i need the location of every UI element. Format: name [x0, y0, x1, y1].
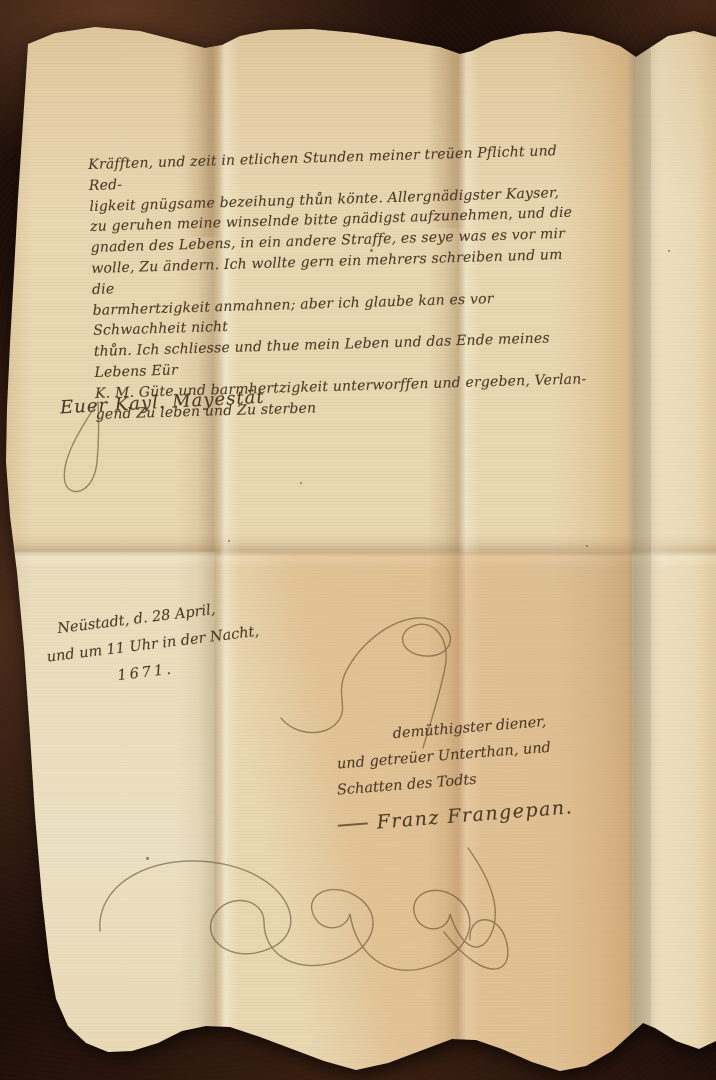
ink-speck	[228, 540, 230, 542]
signature-block: demüthigster diener, und getreüer Untert…	[330, 702, 648, 839]
signature-flourish-stroke	[338, 822, 368, 826]
ink-speck	[146, 857, 149, 860]
photo-of-folded-letter-on-leather: Kräfften, und zeit in etlichen Stunden m…	[0, 0, 716, 1080]
salutation-flourish-loop	[48, 396, 118, 506]
right-folded-strip	[651, 34, 716, 1044]
letter-body: Kräfften, und zeit in etlichen Stunden m…	[88, 140, 592, 425]
letter-sheet: Kräfften, und zeit in etlichen Stunden m…	[0, 0, 716, 1080]
ink-speck	[668, 250, 670, 252]
ink-speck	[586, 545, 588, 547]
ink-speck	[300, 482, 302, 484]
lower-ink-flourish	[88, 836, 508, 996]
letter-sheet-shadow: Kräfften, und zeit in etlichen Stunden m…	[0, 0, 716, 1080]
ink-speck	[370, 249, 373, 252]
signature-name: Franz Frangepan.	[376, 796, 574, 833]
